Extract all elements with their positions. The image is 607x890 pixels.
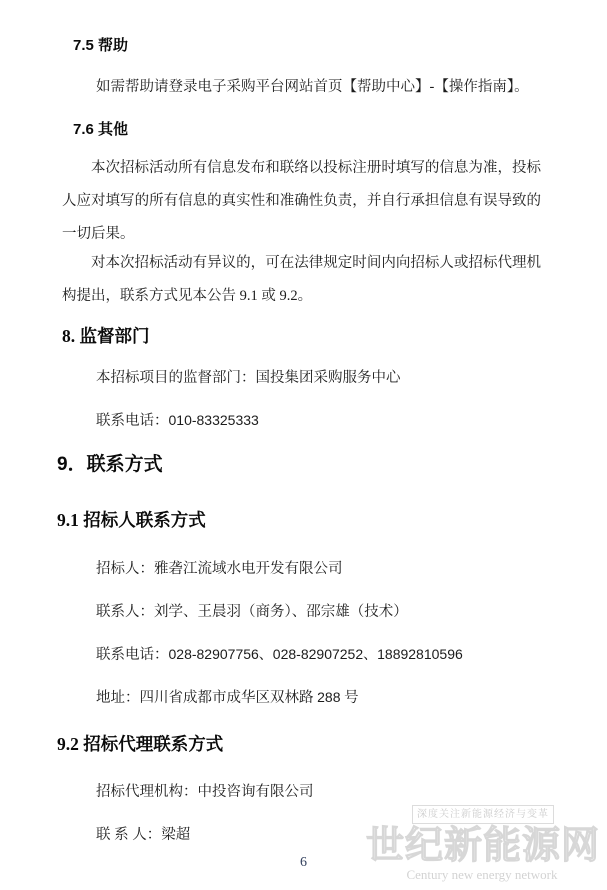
bidder-label: 招标人： (96, 561, 154, 577)
contacts-line: 联系人：刘学、王晨羽（商务）、邵宗雄（技术） (96, 604, 408, 621)
bidder-value: 雅砻江流域水电开发有限公司 (154, 561, 343, 577)
phones-value: 028-82907756、028-82907252、18892810596 (169, 646, 463, 662)
agent-contact-value: 梁超 (161, 827, 190, 843)
agent-contact-label: 联 系 人： (96, 827, 161, 843)
heading-8: 8. 监督部门 (62, 328, 150, 346)
other-paragraph-2: 对本次招标活动有异议的，可在法律规定时间内向招标人或招标代理机构提出，联系方式见… (62, 247, 541, 313)
address-line: 地址：四川省成都市成华区双林路 288 号 (96, 689, 359, 707)
address-suffix: 号 (340, 690, 358, 706)
supervision-phone-line: 联系电话：010-83325333 (96, 412, 259, 430)
address-prefix: 四川省成都市成华区双林路 (140, 690, 318, 706)
agency-line: 招标代理机构：中投咨询有限公司 (96, 784, 314, 801)
watermark-tagline: 深度关注新能源经济与变革 (412, 805, 554, 824)
supervision-line: 本招标项目的监督部门：国投集团采购服务中心 (96, 370, 401, 387)
heading-9: 9．联系方式 (57, 455, 163, 474)
supervision-phone-label: 联系电话： (96, 413, 169, 429)
bidder-line: 招标人：雅砻江流域水电开发有限公司 (96, 561, 343, 578)
agent-contact-line: 联 系 人：梁超 (96, 827, 190, 844)
heading-7-6: 7.6 其他 (73, 122, 128, 137)
phones-label: 联系电话： (96, 647, 169, 663)
supervision-value: 国投集团采购服务中心 (256, 370, 401, 386)
heading-9-2: 9.2 招标代理联系方式 (57, 736, 223, 754)
heading-7-5: 7.5 帮助 (73, 38, 128, 53)
address-label: 地址： (96, 690, 140, 706)
heading-9-1: 9.1 招标人联系方式 (57, 512, 206, 530)
supervision-phone-value: 010-83325333 (169, 412, 259, 428)
supervision-label: 本招标项目的监督部门： (96, 370, 256, 386)
phones-line: 联系电话：028-82907756、028-82907252、188928105… (96, 646, 463, 664)
agency-value: 中投咨询有限公司 (198, 784, 314, 800)
page-number: 6 (0, 856, 607, 870)
document-page: 7.5 帮助 如需帮助请登录电子采购平台网站首页【帮助中心】-【操作指南】。 7… (0, 0, 607, 890)
address-number: 288 (317, 689, 340, 705)
agency-label: 招标代理机构： (96, 784, 198, 800)
help-paragraph: 如需帮助请登录电子采购平台网站首页【帮助中心】-【操作指南】。 (96, 79, 529, 96)
contacts-value: 刘学、王晨羽（商务）、邵宗雄（技术） (154, 604, 408, 620)
other-paragraph-1: 本次招标活动所有信息发布和联络以投标注册时填写的信息为准，投标人应对填写的所有信… (62, 152, 541, 251)
contacts-label: 联系人： (96, 604, 154, 620)
